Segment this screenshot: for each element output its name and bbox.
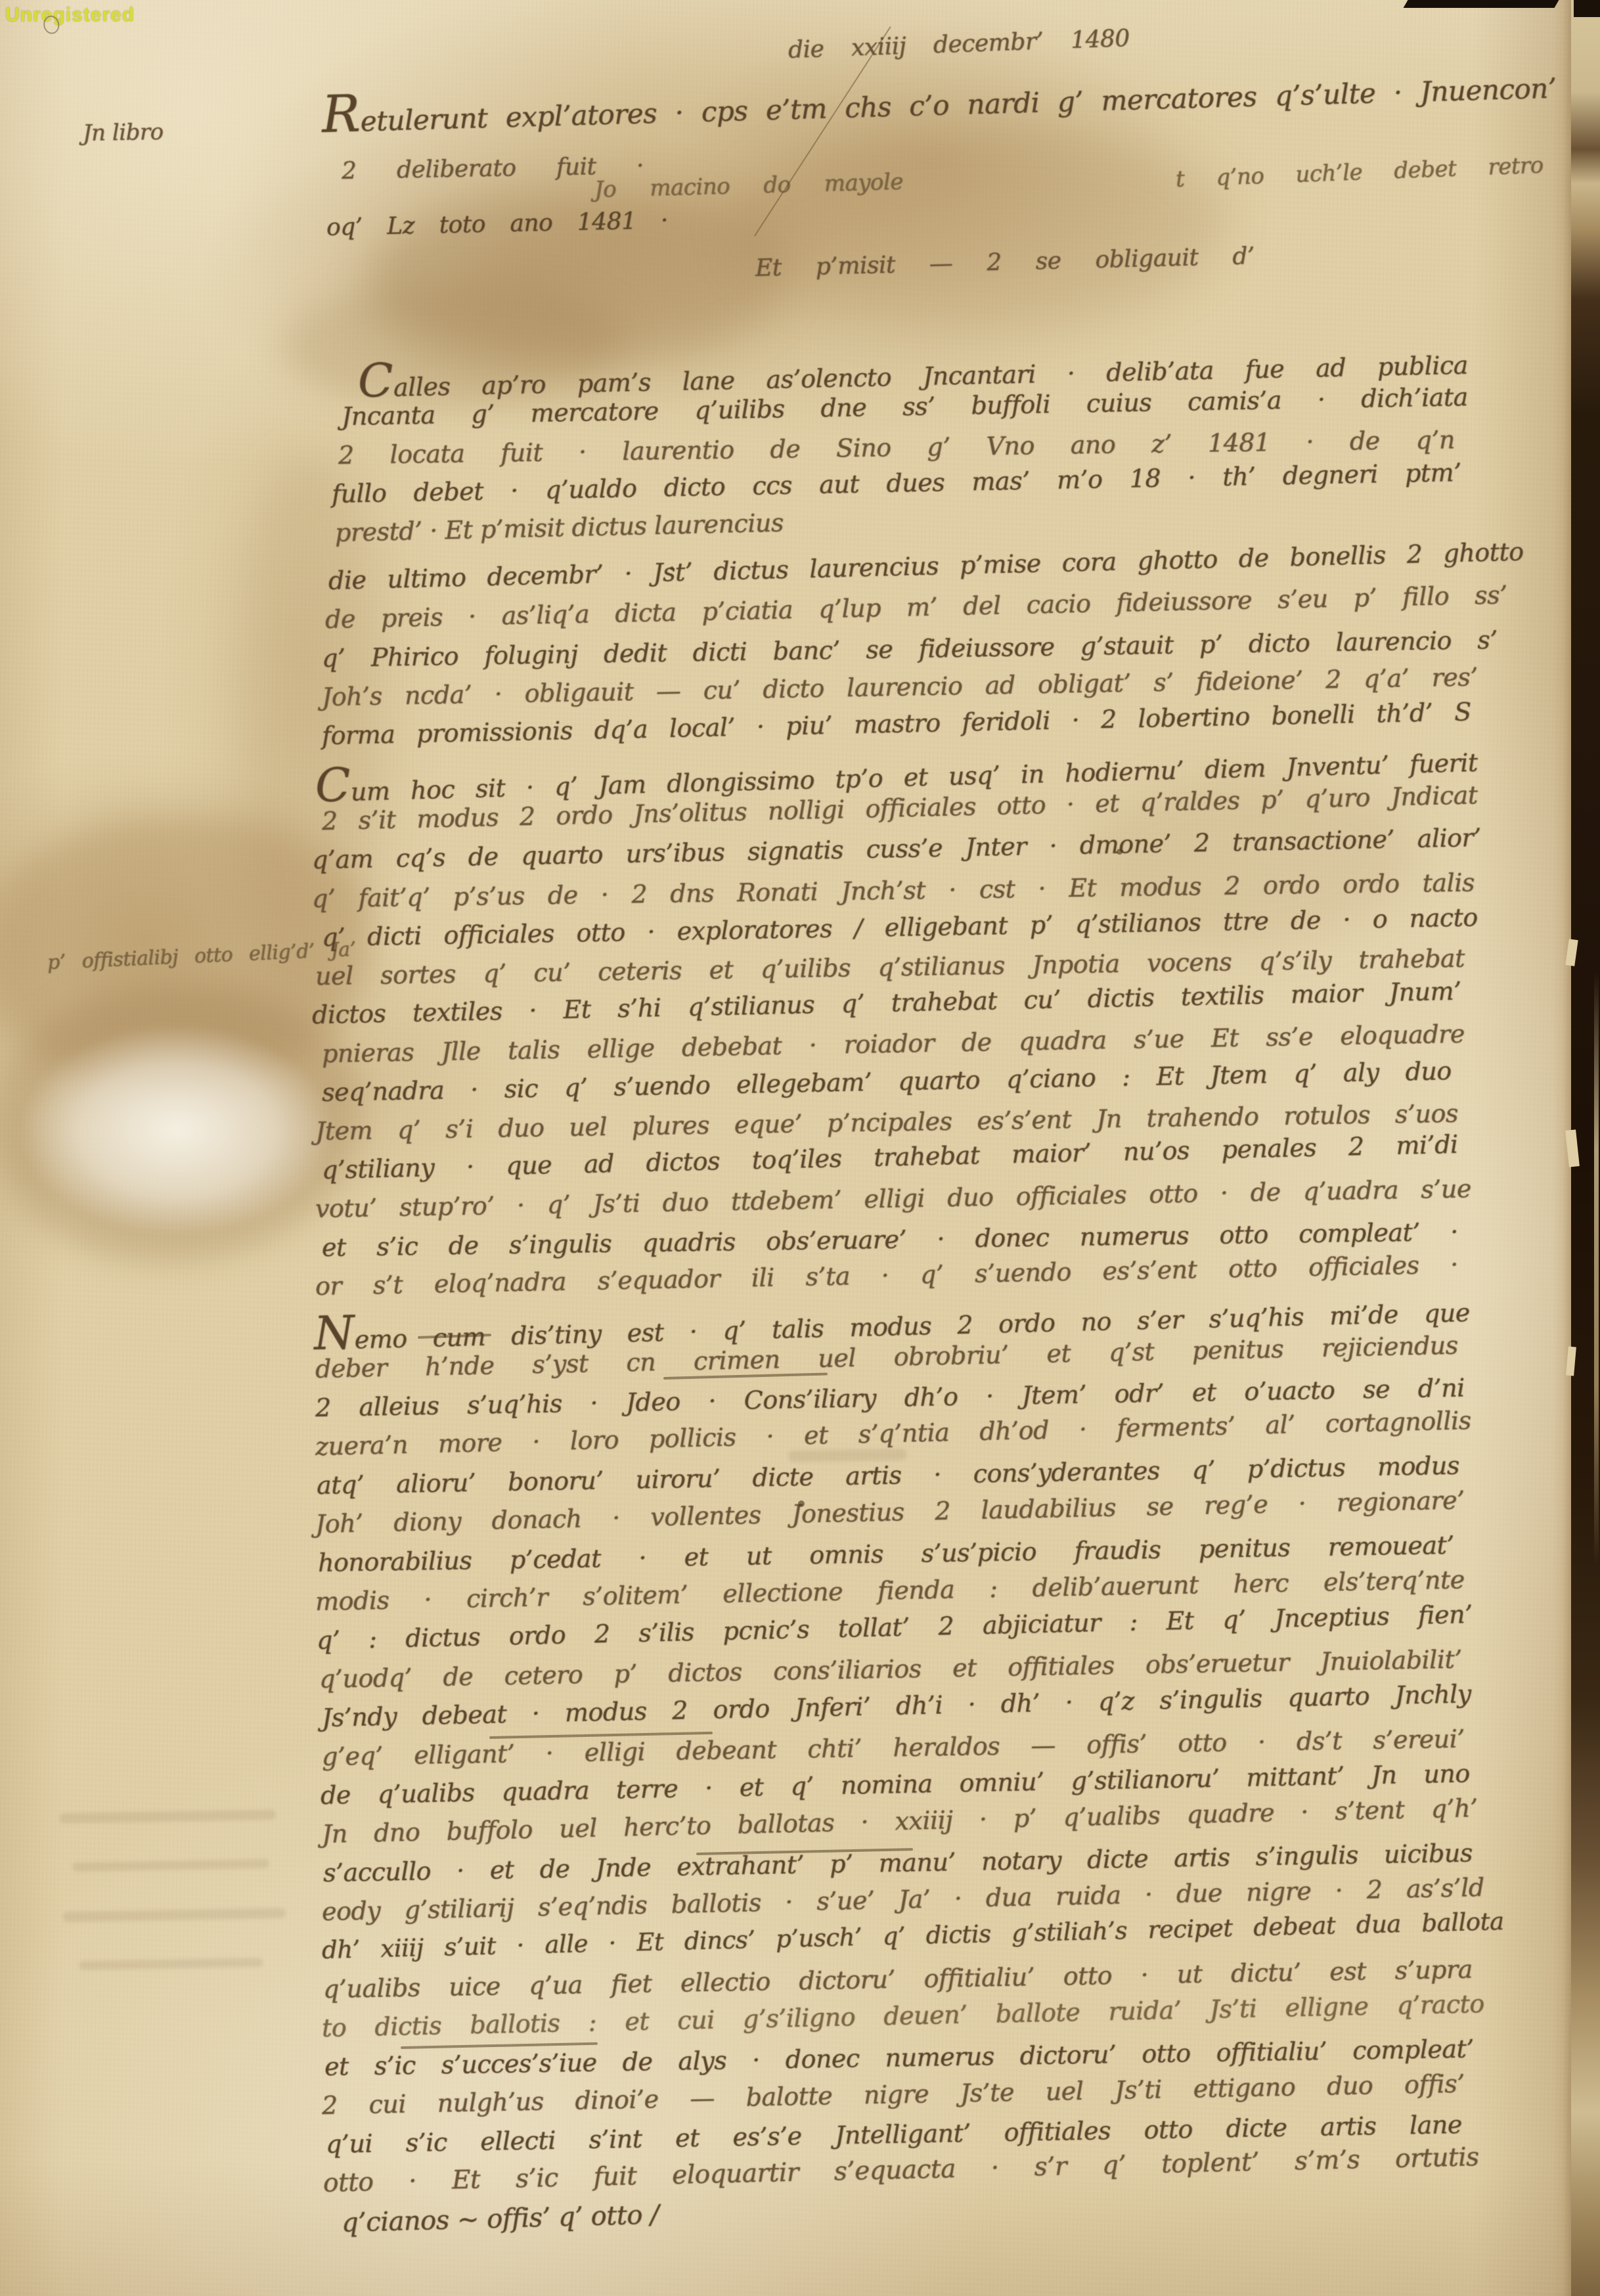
manuscript-line: q’cianos ~ offis’ q’ otto /: [341, 2201, 659, 2237]
handwriting-layer: die xxiiij decembr’ 1480Retulerunt expl’…: [0, 0, 1600, 2296]
header-line: t q’no uch’le debet retro: [1175, 154, 1544, 192]
dot-mark: [798, 1500, 805, 1507]
manuscript-line: votu’ stup’ro’ · q’ Js’ti duo ttdebem’ e…: [315, 1176, 1471, 1223]
header-line: oq’ Lz toto ano 1481 ·: [326, 208, 669, 240]
header-line: Et p’misit — 2 se obligauit d’: [755, 244, 1255, 281]
margin-note: p’ offistialibj otto ellig’d’ Ja’: [47, 939, 356, 974]
dot-mark: [1117, 849, 1122, 855]
manuscript-page: Unregistered die xxiiij decembr’ 1480Ret…: [0, 0, 1600, 2296]
manuscript-line: q’ dicti officiales otto · exploratores …: [322, 905, 1478, 951]
header-line: Jo macino do mayole: [594, 171, 904, 202]
header-line: die xxiiij decembr’ 1480: [788, 26, 1130, 63]
header-line: Retulerunt expl’atores · cps e’tm chs c’…: [321, 63, 1557, 138]
ghost-mark: [788, 1449, 906, 1462]
dot-mark: [670, 566, 674, 570]
margin-note: Jn libro: [83, 121, 164, 146]
manuscript-line: seq’nadra · sic q’ s’uendo ellegebam’ qu…: [322, 1058, 1452, 1106]
manuscript-line: q’am cq’s de quarto urs’ibus signatis cu…: [312, 825, 1481, 874]
manuscript-line: prestd’ · Et p’misit dictus laurencius: [335, 510, 784, 547]
